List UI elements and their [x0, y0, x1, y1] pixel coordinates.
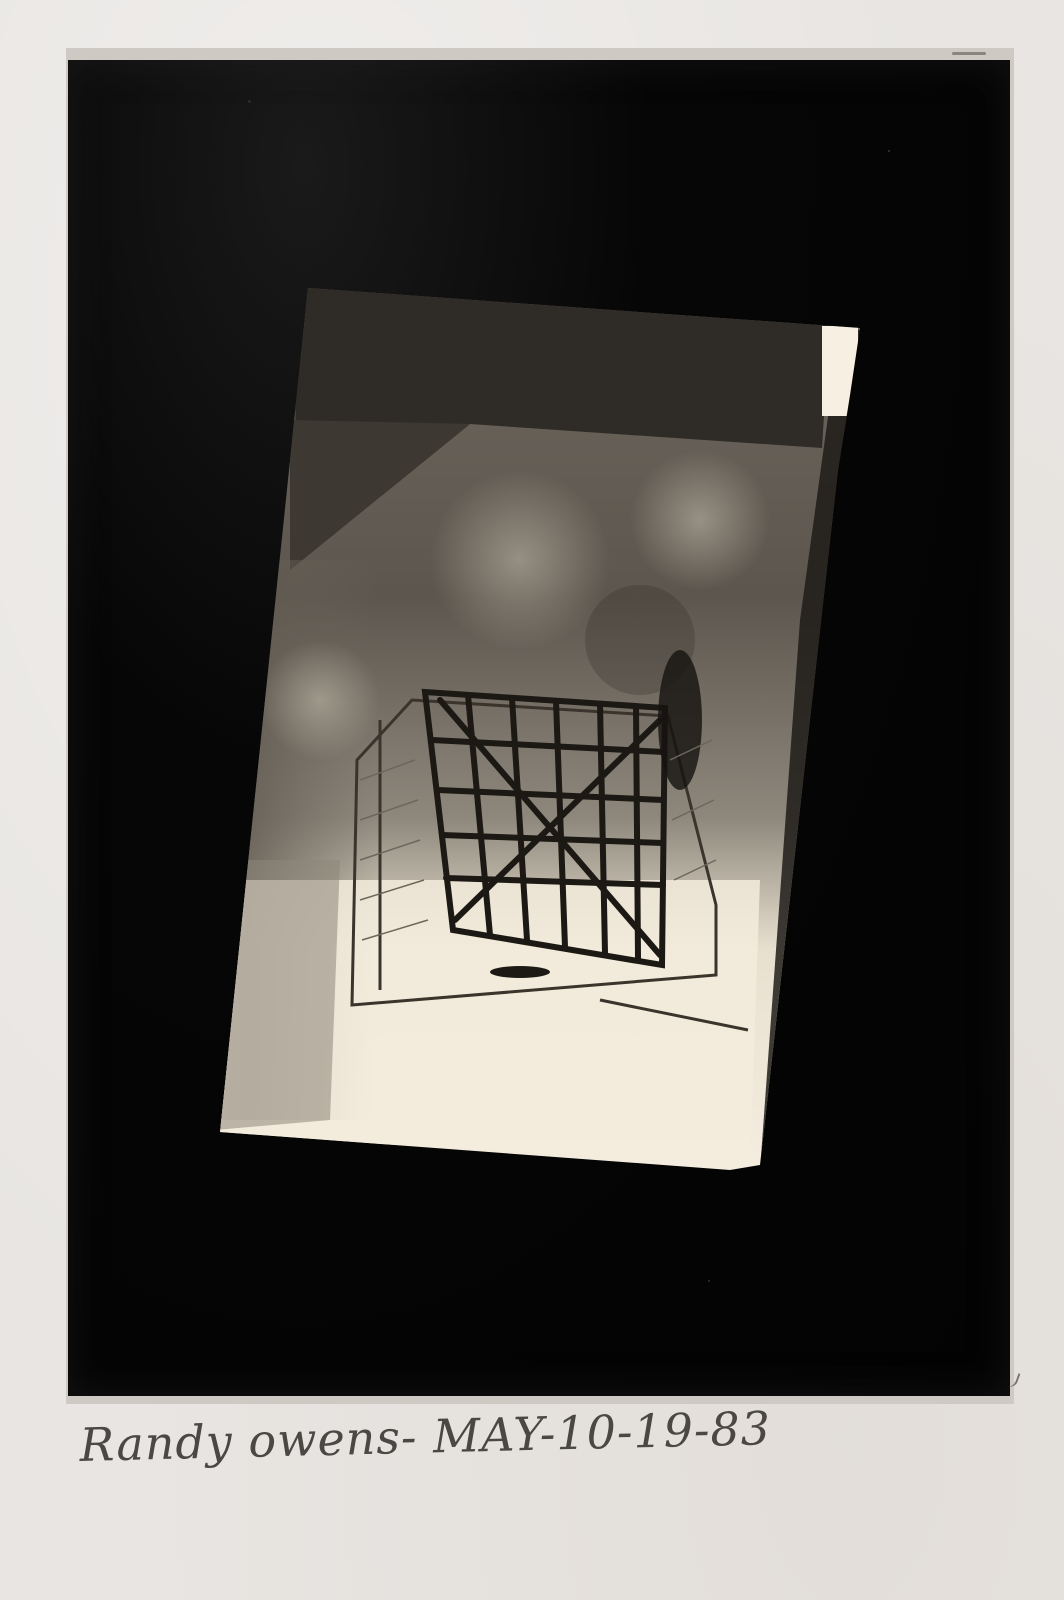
black-mount	[68, 60, 1010, 1396]
pencil-smudge	[952, 52, 986, 55]
